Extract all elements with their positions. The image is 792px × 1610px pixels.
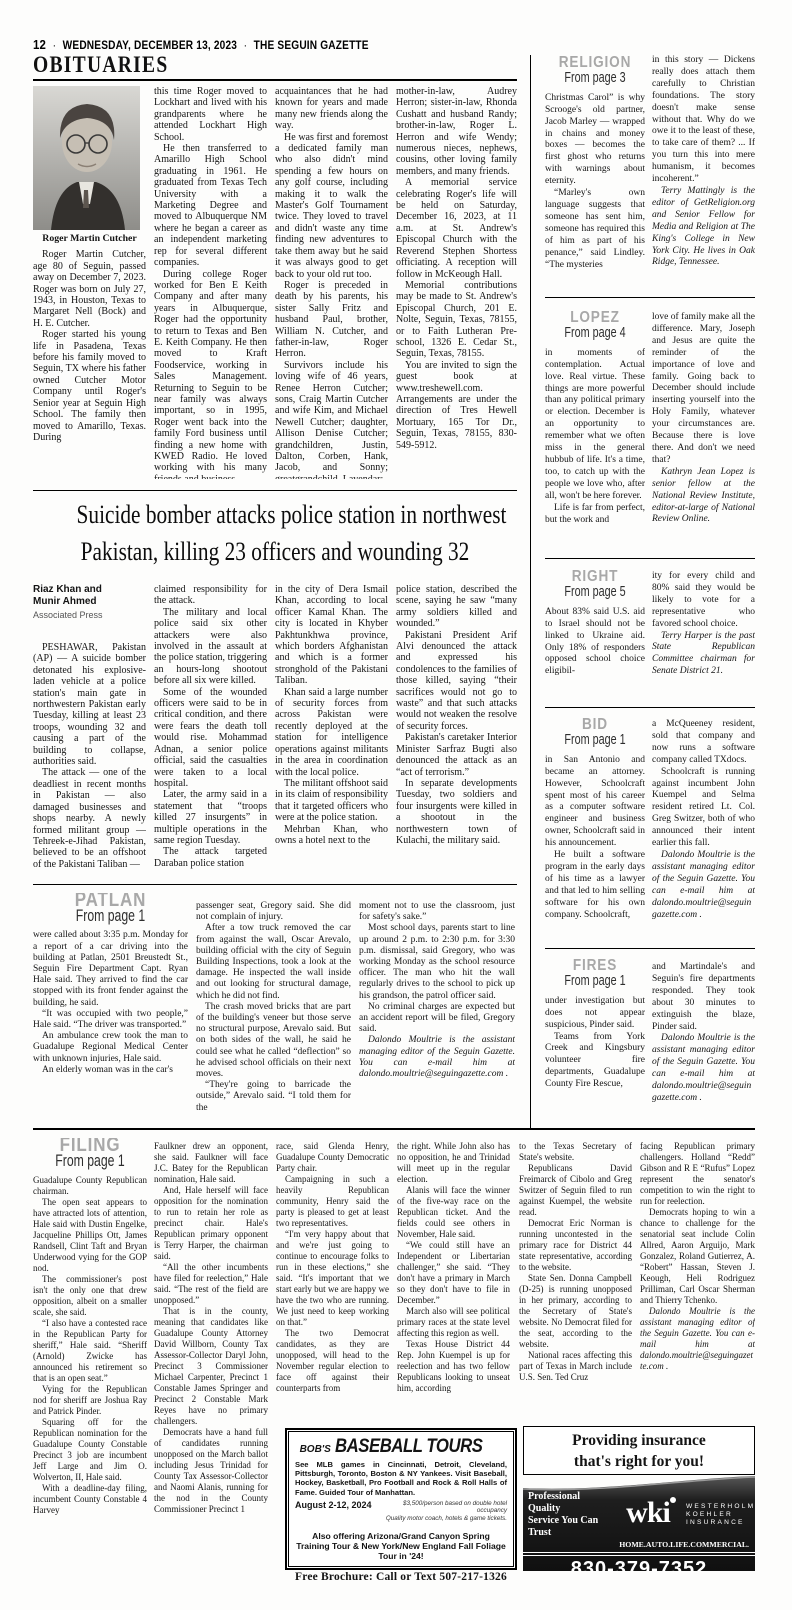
paragraph: PESHAWAR, Pakistan (AP) — A suicide bomb… xyxy=(33,642,146,767)
lopez-column-1: LOPEZ From page 4 in moments of contempl… xyxy=(545,310,645,553)
paragraph: With a deadline-day filing, incumbent Co… xyxy=(33,1483,147,1516)
obituary-text-col3: acquaintances that he had known for year… xyxy=(275,86,388,479)
paragraph: He then transferred to Amarillo High Sch… xyxy=(154,143,267,268)
bobs-tour-date: August 2-12, 2024 xyxy=(295,1500,372,1510)
byline-author: Munir Ahmed xyxy=(33,596,146,608)
wki-headline-line1: Providing insurance xyxy=(524,1430,754,1451)
paragraph: The two Democrat candidates, as they are… xyxy=(276,1328,389,1394)
paragraph: Republicans David Freimarck of Cibolo an… xyxy=(519,1163,632,1218)
paragraph: The open seat appears to have attracted … xyxy=(33,1197,147,1274)
baseball-tours-ad: BOB'S BASEBALL TOURS See MLB games in Ci… xyxy=(285,1428,517,1570)
paragraph: a McQueeney resident, sold that company … xyxy=(652,719,755,767)
paragraph: State Sen. Donna Campbell (D-25) is runn… xyxy=(519,1273,632,1350)
filing-column-1: FILING From page 1 Guadalupe County Repu… xyxy=(33,1138,147,1595)
obituary-text-col4: mother-in-law, Audrey Herron; sister-in-… xyxy=(396,86,517,451)
article-column-1: PESHAWAR, Pakistan (AP) — A suicide bomb… xyxy=(33,642,146,870)
paragraph: The military and local police said six o… xyxy=(154,607,267,687)
fires-credit: Dalondo Moultrie is the assistant managi… xyxy=(652,1033,755,1104)
bid-column-1: BID From page 1 in San Antonio and becam… xyxy=(545,717,645,943)
right-title: RIGHT xyxy=(553,571,638,583)
bobs-also-offering: Also offering Arizona/Grand Canyon Sprin… xyxy=(295,1531,507,1562)
lopez-frompage: From page 4 xyxy=(559,327,631,339)
paragraph: Roger Martin Cutcher, age 80 of Seguin, … xyxy=(33,249,146,329)
bobs-fine-print: $3,500/person based on double hotel occu… xyxy=(377,1500,507,1523)
bid-section-heading: BID From page 1 xyxy=(545,717,645,746)
filing-section-heading: FILING From page 1 xyxy=(33,1138,147,1166)
paragraph: Khan said a large number of security for… xyxy=(275,687,388,778)
article-column-3: in the city of Dera Ismail Khan, accordi… xyxy=(275,584,388,870)
lopez-text-col1: in moments of contemplation. Actual love… xyxy=(545,348,645,527)
religion-section-heading: RELIGION From page 3 xyxy=(545,55,645,84)
wki-company-line3: INSURANCE xyxy=(686,1519,750,1527)
article-text-col1: PESHAWAR, Pakistan (AP) — A suicide bomb… xyxy=(33,642,146,870)
divider-rule xyxy=(33,1128,755,1130)
paragraph: Teams from York Creek and Kingsbury volu… xyxy=(545,1032,645,1092)
filing-text-col6: facing Republican primary challengers. H… xyxy=(640,1141,755,1306)
paragraph: the right. While John also has no opposi… xyxy=(397,1141,510,1185)
paragraph: Memorial contributions may be made to St… xyxy=(396,280,517,360)
filing-text-col4: the right. While John also has no opposi… xyxy=(397,1141,510,1394)
bobs-brand: BOB'S xyxy=(300,1444,331,1455)
right-column-2: ity for every child and 80% said they wo… xyxy=(652,571,755,702)
fires-section-heading: FIRES From page 1 xyxy=(545,958,645,987)
paragraph: Alanis will face the winner of the five-… xyxy=(397,1185,510,1240)
paragraph: in San Antonio and became an attorney. H… xyxy=(545,755,645,850)
paragraph: Vying for the Republican nod for sheriff… xyxy=(33,1384,147,1417)
paragraph: “We could still have an Independent or L… xyxy=(397,1240,510,1306)
wki-logo-dot xyxy=(670,1497,676,1503)
right-credit: Terry Harper is the past State Republica… xyxy=(652,631,755,679)
wki-tagline-line2: Service You Can Trust xyxy=(528,1515,610,1539)
paragraph: to the Texas Secretary of State's websit… xyxy=(519,1141,632,1163)
paragraph: mother-in-law, Audrey Herron; sister-in-… xyxy=(396,86,517,177)
right-frompage: From page 5 xyxy=(559,586,631,598)
religion-text-col2: in this story — Dickens really does atta… xyxy=(652,55,755,186)
filing-text-col1: Guadalupe County Republican chairman.The… xyxy=(33,1175,147,1516)
paragraph: And, Hale herself will face opposition f… xyxy=(154,1185,268,1262)
paragraph: An elderly woman was in the car's xyxy=(33,1065,188,1076)
bid-title: BID xyxy=(553,719,638,731)
fires-text-col1: under investigation but does not appear … xyxy=(545,996,645,1091)
right-text-col1: About 83% said U.S. aid to Israel should… xyxy=(545,607,645,678)
paragraph: In separate developments Tuesday, two so… xyxy=(396,778,517,846)
paragraph: Later, the army said in a statement that… xyxy=(154,789,267,846)
paragraph: in moments of contemplation. Actual love… xyxy=(545,348,645,503)
patlan-text-col1: were called about 3:35 p.m. Monday for a… xyxy=(33,930,188,1076)
article-column-2: claimed responsibility for the attack.Th… xyxy=(154,584,267,870)
article-headline: Suicide bomber attacks police station in… xyxy=(33,496,517,570)
masthead-separator: · xyxy=(49,40,60,52)
religion-credit: Terry Mattingly is the editor of GetReli… xyxy=(652,186,755,269)
right-text-col2: ity for every child and 80% said they wo… xyxy=(652,571,755,631)
filing-column-5: to the Texas Secretary of State's websit… xyxy=(519,1141,632,1422)
lopez-section-heading: LOPEZ From page 4 xyxy=(545,310,645,339)
bobs-fine-print-line2: Quality motor coach, hotels & game ticke… xyxy=(386,1515,507,1522)
religion-column-1: RELIGION From page 3 Christmas Carol” is… xyxy=(545,55,645,295)
paragraph: Christmas Carol” is why Scrooge's old pa… xyxy=(545,93,645,188)
bobs-brochure-phone: Free Brochure: Call or Text 507-217-1326 xyxy=(295,1568,507,1584)
paragraph: The commissioner's post isn't the only o… xyxy=(33,1274,147,1318)
paragraph: Pakistan's caretaker Interior Minister S… xyxy=(396,732,517,778)
paragraph: Guadalupe County Republican chairman. xyxy=(33,1175,147,1197)
fires-text-col2: and Martindale's and Seguin's fire depar… xyxy=(652,962,755,1033)
paragraph: March also will see political primary ra… xyxy=(397,1306,510,1339)
wki-company-name: WESTERHOLM KOEHLER INSURANCE xyxy=(686,1503,750,1527)
bobs-body-text: See MLB games in Cincinnati, Detroit, Cl… xyxy=(295,1460,507,1497)
patlan-frompage: From page 1 xyxy=(55,910,167,921)
paragraph: Faulkner drew an opponent, she said. Fau… xyxy=(154,1141,268,1185)
wki-ad-headline: Providing insurance that's right for you… xyxy=(523,1426,755,1475)
paragraph: Life is far from perfect, but the work a… xyxy=(545,503,645,527)
wki-phone-number: 830-379-7352 xyxy=(523,1558,755,1571)
paragraph: Survivors include his loving wife of 46 … xyxy=(275,360,388,479)
paragraph: The attack — one of the deadliest in rec… xyxy=(33,767,146,870)
wki-lines-of-business: HOME.AUTO.LIFE.COMMERCIAL. xyxy=(523,1540,755,1549)
paragraph: race, said Glenda Henry, Guadalupe Count… xyxy=(276,1141,389,1174)
paragraph: “They're going to barricade the outside,… xyxy=(196,1080,351,1114)
paragraph: Mehrban Khan, who owns a hotel next to t… xyxy=(275,824,388,847)
filing-title: FILING xyxy=(42,1140,139,1151)
right-section-heading: RIGHT From page 5 xyxy=(545,569,645,598)
paragraph: Most school days, parents start to line … xyxy=(359,923,515,1001)
article-text-col2: claimed responsibility for the attack.Th… xyxy=(154,584,267,869)
headline-line-1: Suicide bomber attacks police station in… xyxy=(77,496,474,533)
fires-title: FIRES xyxy=(553,960,638,972)
paragraph: An ambulance crew took the man to Guadal… xyxy=(33,1031,188,1065)
paragraph: Pakistani President Arif Alvi denounced … xyxy=(396,630,517,733)
bid-frompage: From page 1 xyxy=(559,734,631,746)
filing-text-col2: Faulkner drew an opponent, she said. Fau… xyxy=(154,1141,268,1515)
lopez-title: LOPEZ xyxy=(553,312,638,324)
paragraph: Campaigning in such a heavily Republican… xyxy=(276,1174,389,1229)
obituary-column-4: mother-in-law, Audrey Herron; sister-in-… xyxy=(396,86,517,479)
paragraph: in this story — Dickens really does atta… xyxy=(652,55,755,186)
wki-company-line2: KOEHLER xyxy=(686,1511,750,1519)
paragraph: were called about 3:35 p.m. Monday for a… xyxy=(33,930,188,1008)
page-number: 12 xyxy=(33,37,46,52)
paragraph: The attack targeted Daraban police stati… xyxy=(154,846,267,869)
paragraph: moment not to use the classroom, just fo… xyxy=(359,901,515,923)
paragraph: “All the other incumbents have filed for… xyxy=(154,1262,268,1306)
paragraph: “It was occupied with two people,” Hale … xyxy=(33,1009,188,1031)
paragraph: under investigation but does not appear … xyxy=(545,996,645,1032)
paragraph: That is in the county, meaning that cand… xyxy=(154,1306,268,1427)
paragraph: passenger seat, Gregory said. She did no… xyxy=(196,901,351,923)
patlan-column-3: moment not to use the classroom, just fo… xyxy=(359,901,515,1123)
obituary-photo xyxy=(33,86,140,230)
filing-column-4: the right. While John also has no opposi… xyxy=(397,1141,510,1422)
paragraph: A memorial service celebrating Roger's l… xyxy=(396,177,517,280)
paragraph: Texas House District 44 Rep. John Kuempe… xyxy=(397,1339,510,1394)
newspaper-page: 12 · WEDNESDAY, DECEMBER 13, 2023 · THE … xyxy=(0,0,792,1610)
paragraph: “Marley's own language suggests that som… xyxy=(545,188,645,271)
paragraph: After a tow truck removed the car from a… xyxy=(196,923,351,1001)
patlan-credit: Dalondo Moultrie is the assistant managi… xyxy=(359,1035,515,1080)
paragraph: facing Republican primary challengers. H… xyxy=(640,1141,755,1207)
masthead-paper-name: THE SEGUIN GAZETTE xyxy=(254,40,369,52)
religion-frompage: From page 3 xyxy=(559,72,631,84)
obituary-text-col1: Roger Martin Cutcher, age 80 of Seguin, … xyxy=(33,249,146,443)
wki-logo-row: Professional Quality Service You Can Tru… xyxy=(523,1475,755,1539)
divider-rule xyxy=(545,297,755,298)
bobs-fine-print-line1: $3,500/person based on double hotel occu… xyxy=(403,1500,507,1515)
filing-credit: Dalondo Moultrie is the assistant managi… xyxy=(640,1306,755,1372)
divider-rule xyxy=(545,948,755,949)
article-column-4: police station, described the scene, say… xyxy=(396,584,517,870)
divider-rule xyxy=(545,558,755,559)
lopez-text-col2: love of family make all the difference. … xyxy=(652,312,755,467)
divider-rule xyxy=(33,884,517,885)
paragraph: You are invited to sign the guest book a… xyxy=(396,360,517,451)
paragraph: this time Roger moved to Lockhart and li… xyxy=(154,86,267,143)
patlan-title: PATLAN xyxy=(45,895,177,906)
paragraph: claimed responsibility for the attack. xyxy=(154,584,267,607)
masthead-separator: · xyxy=(240,40,251,52)
divider-rule xyxy=(33,490,517,491)
patlan-column-1: PATLAN From page 1 were called about 3:3… xyxy=(33,893,188,1123)
obituary-column-2: this time Roger moved to Lockhart and li… xyxy=(154,86,267,479)
masthead: 12 · WEDNESDAY, DECEMBER 13, 2023 · THE … xyxy=(33,37,369,52)
obituary-photo-caption: Roger Martin Cutcher xyxy=(33,233,146,244)
ad-rule xyxy=(523,1552,755,1556)
article-text-col4: police station, described the scene, say… xyxy=(396,584,517,846)
paragraph: The crash moved bricks that are part of … xyxy=(196,1002,351,1080)
obituary-text-col2: this time Roger moved to Lockhart and li… xyxy=(154,86,267,479)
lopez-credit: Kathryn Jean Lopez is senior fellow at t… xyxy=(652,467,755,527)
paragraph: in the city of Dera Ismail Khan, accordi… xyxy=(275,584,388,687)
paragraph: ity for every child and 80% said they wo… xyxy=(652,571,755,631)
filing-column-2: Faulkner drew an opponent, she said. Fau… xyxy=(154,1141,268,1595)
wki-tagline: Professional Quality Service You Can Tru… xyxy=(528,1491,610,1539)
paragraph: and Martindale's and Seguin's fire depar… xyxy=(652,962,755,1033)
paragraph: Democrat Eric Norman is running uncontes… xyxy=(519,1218,632,1273)
fires-column-2: and Martindale's and Seguin's fire depar… xyxy=(652,962,755,1121)
portrait-photo-placeholder xyxy=(33,86,140,230)
paragraph: He built a software program in the early… xyxy=(545,850,645,921)
paragraph: He was first and foremost a dedicated fa… xyxy=(275,132,388,280)
obituary-column-3: acquaintances that he had known for year… xyxy=(275,86,388,479)
wki-company-line1: WESTERHOLM xyxy=(686,1503,750,1511)
fires-column-1: FIRES From page 1 under investigation bu… xyxy=(545,958,645,1121)
wki-ad-dark-panel: Professional Quality Service You Can Tru… xyxy=(523,1475,755,1571)
filing-column-6: facing Republican primary challengers. H… xyxy=(640,1141,755,1422)
wki-insurance-ad: Providing insurance that's right for you… xyxy=(523,1426,755,1572)
article-text-col3: in the city of Dera Ismail Khan, accordi… xyxy=(275,584,388,846)
filing-text-col5: to the Texas Secretary of State's websit… xyxy=(519,1141,632,1383)
paragraph: Roger is preceded in death by his parent… xyxy=(275,280,388,360)
obituary-column-1: Roger Martin Cutcher Roger Martin Cutche… xyxy=(33,86,146,479)
obituaries-section-title: OBITUARIES xyxy=(33,52,169,78)
byline-organization: Associated Press xyxy=(33,610,146,620)
paragraph: “I'm very happy about that and we're jus… xyxy=(276,1229,389,1328)
paragraph: National races affecting this part of Te… xyxy=(519,1350,632,1383)
bobs-date-row: August 2-12, 2024 $3,500/person based on… xyxy=(295,1500,507,1523)
fires-frompage: From page 1 xyxy=(559,975,631,987)
paragraph: “I also have a contested race in the Rep… xyxy=(33,1318,147,1384)
headline-line-2: Pakistan, killing 23 officers and woundi… xyxy=(77,533,474,570)
baseball-tours-ad-inner: BOB'S BASEBALL TOURS See MLB games in Ci… xyxy=(288,1431,514,1567)
filing-frompage: From page 1 xyxy=(49,1155,131,1166)
patlan-text-col3: moment not to use the classroom, just fo… xyxy=(359,901,515,1035)
paragraph: Democrats hoping to win a chance to chal… xyxy=(640,1207,755,1306)
right-column-1: RIGHT From page 5 About 83% said U.S. ai… xyxy=(545,569,645,702)
paragraph: Roger started his young life in Pasadena… xyxy=(33,329,146,443)
patlan-text-col2: passenger seat, Gregory said. She did no… xyxy=(196,901,351,1114)
wki-headline-line2: that's right for you! xyxy=(524,1451,754,1472)
paragraph: During college Roger worked for Ben E Ke… xyxy=(154,269,267,480)
religion-title: RELIGION xyxy=(553,57,638,69)
paragraph: love of family make all the difference. … xyxy=(652,312,755,467)
bid-column-2: a McQueeney resident, sold that company … xyxy=(652,719,755,943)
paragraph: police station, described the scene, say… xyxy=(396,584,517,630)
paragraph: Democrats have a hand full of candidates… xyxy=(154,1427,268,1515)
masthead-date: WEDNESDAY, DECEMBER 13, 2023 xyxy=(63,40,237,52)
paragraph: Some of the wounded officers were said t… xyxy=(154,687,267,790)
lopez-column-2: love of family make all the difference. … xyxy=(652,312,755,553)
bid-credit: Dalondo Moultrie is the assistant managi… xyxy=(652,850,755,921)
bid-text-col2: a McQueeney resident, sold that company … xyxy=(652,719,755,850)
patlan-section-heading: PATLAN From page 1 xyxy=(33,893,188,921)
divider-rule xyxy=(33,79,517,81)
filing-column-3: race, said Glenda Henry, Guadalupe Count… xyxy=(276,1141,389,1422)
paragraph: About 83% said U.S. aid to Israel should… xyxy=(545,607,645,678)
patlan-column-2: passenger seat, Gregory said. She did no… xyxy=(196,901,351,1119)
filing-text-col3: race, said Glenda Henry, Guadalupe Count… xyxy=(276,1141,389,1394)
paragraph: No criminal charges are expected but an … xyxy=(359,1002,515,1036)
paragraph: Squaring off for the Republican nominati… xyxy=(33,1417,147,1483)
bid-text-col1: in San Antonio and became an attorney. H… xyxy=(545,755,645,922)
divider-rule xyxy=(545,707,755,708)
paragraph: The militant offshoot said in its claim … xyxy=(275,778,388,824)
sidebar-divider-rule xyxy=(530,55,531,1128)
paragraph: Schoolcraft is running against incumbent… xyxy=(652,767,755,850)
article-byline: Riaz Khan and Munir Ahmed Associated Pre… xyxy=(33,584,146,620)
wki-tagline-line1: Professional Quality xyxy=(528,1491,610,1515)
wki-logo-text: wki xyxy=(626,1496,670,1529)
religion-text-col1: Christmas Carol” is why Scrooge's old pa… xyxy=(545,93,645,272)
byline-author: Riaz Khan and xyxy=(33,584,146,596)
wki-logo: wki xyxy=(626,1500,670,1526)
bobs-brand-row: BOB'S BASEBALL TOURS xyxy=(295,1436,507,1458)
bobs-ad-title: BASEBALL TOURS xyxy=(335,1436,482,1458)
paragraph: acquaintances that he had known for year… xyxy=(275,86,388,132)
religion-column-2: in this story — Dickens really does atta… xyxy=(652,55,755,295)
